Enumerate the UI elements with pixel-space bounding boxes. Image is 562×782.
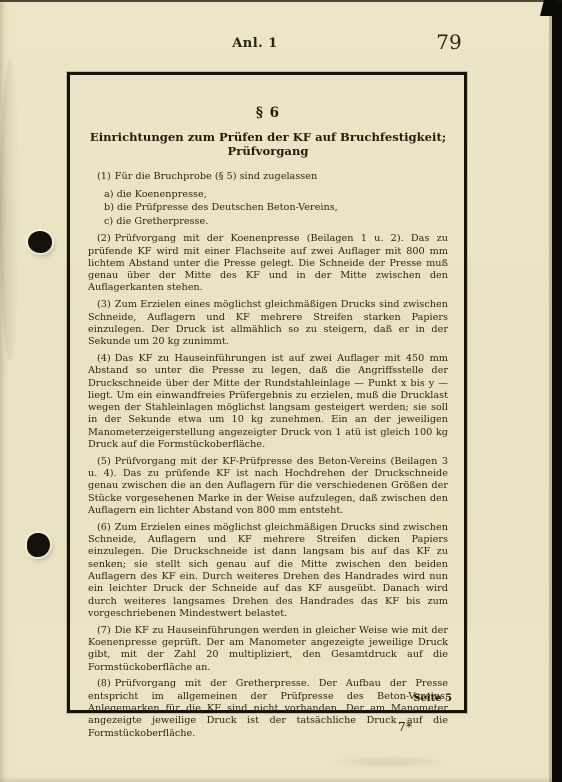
scanned-page: Anl. 1 79 § 6 Einrichtungen zum Prüfen d… [0, 0, 562, 782]
section-number: § 6 [88, 105, 448, 121]
paragraph-3: (3)Zum Erzielen eines möglichst gleichmä… [88, 299, 448, 348]
paragraph-number: (8) [97, 678, 111, 689]
punch-hole-bottom [27, 533, 50, 557]
page-right-edge [552, 0, 562, 782]
list-item: b) die Prüfpresse des Deutschen Beton-Ve… [104, 201, 448, 215]
paragraph-5: (5)Prüfvorgang mit der KF-Prüfpresse des… [88, 456, 448, 517]
paper-smudge [330, 755, 450, 769]
sheet-note: Seite 5 [413, 693, 452, 704]
paragraph-number: (5) [97, 456, 111, 467]
paragraph-text: Zum Erzielen eines möglichst gleichmäßig… [88, 522, 448, 619]
paragraph-1: (1)Für die Bruchprobe (§ 5) sind zugelas… [88, 171, 448, 183]
paragraph-number: (7) [97, 625, 111, 636]
paragraph-number: (2) [97, 233, 111, 244]
list-item: a) die Koenenpresse, [104, 188, 448, 202]
paragraph-number: (1) [97, 171, 111, 182]
paragraph-2: (2)Prüfvorgang mit der Koenenpresse (Bei… [88, 233, 448, 294]
content-frame: § 6 Einrichtungen zum Prüfen der KF auf … [67, 72, 467, 713]
list-item: c) die Gretherpresse. [104, 215, 448, 229]
punch-hole-top [28, 231, 52, 253]
paragraph-number: (6) [97, 522, 111, 533]
paragraph-text: Zum Erzielen eines möglichst gleichmäßig… [88, 299, 448, 347]
paragraph-text: Für die Bruchprobe (§ 5) sind zugelassen [115, 171, 318, 182]
press-list: a) die Koenenpresse, b) die Prüfpresse d… [104, 188, 448, 229]
paragraph-text: Das KF zu Hauseinführungen ist auf zwei … [88, 353, 448, 450]
paragraph-text: Prüfvorgang mit der Koenenpresse (Beilag… [88, 233, 448, 293]
paragraph-text: Prüfvorgang mit der KF-Prüfpresse des Be… [88, 456, 448, 516]
paragraph-number: (4) [97, 353, 111, 364]
paragraph-text: Die KF zu Hauseinführungen werden in gle… [88, 625, 448, 673]
paragraph-4: (4)Das KF zu Hauseinführungen ist auf zw… [88, 353, 448, 451]
section-title: Einrichtungen zum Prüfen der KF auf Bruc… [88, 130, 448, 158]
signature-mark: 7* [390, 719, 420, 734]
paragraph-7: (7)Die KF zu Hauseinführungen werden in … [88, 625, 448, 674]
paragraph-number: (3) [97, 299, 111, 310]
paragraph-6: (6)Zum Erzielen eines möglichst gleichmä… [88, 522, 448, 620]
page-number: 79 [428, 30, 470, 54]
page-top-edge [0, 0, 562, 2]
paper-smudge [0, 60, 20, 360]
frame-content: § 6 Einrichtungen zum Prüfen der KF auf … [70, 75, 464, 710]
annex-label: Anl. 1 [180, 36, 330, 51]
